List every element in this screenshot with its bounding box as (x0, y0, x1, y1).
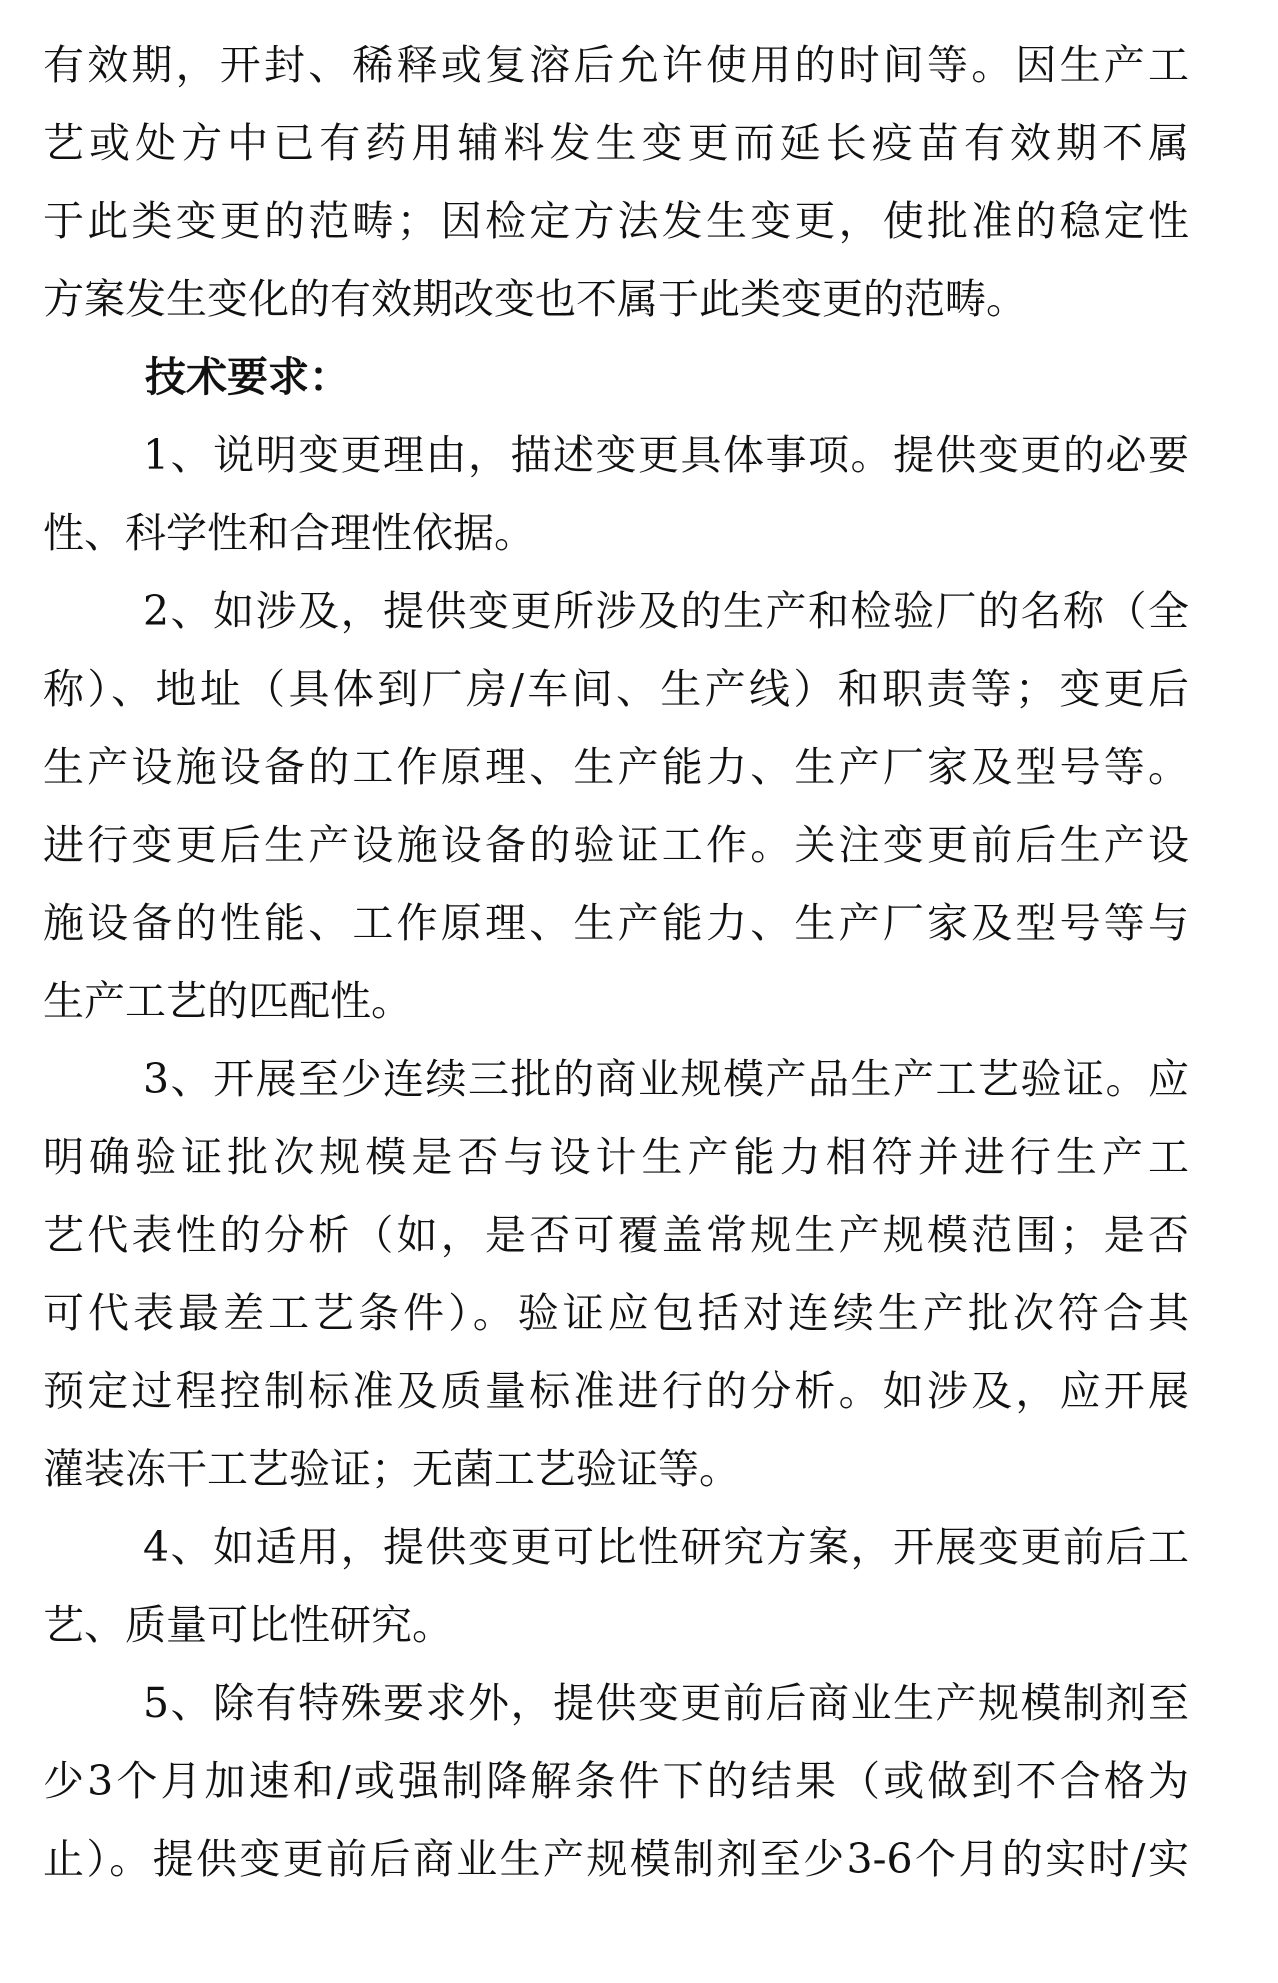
requirement-3-line: 3、开展至少连续三批的商业规模产品生产工艺验证。应 (143, 1040, 1189, 1118)
requirement-3-line: 预定过程控制标准及质量标准进行的分析。如涉及，应开展 (43, 1352, 1189, 1430)
intro-line: 方案发生变化的有效期改变也不属于此类变更的范畴。 (43, 260, 1189, 338)
document-page: 有效期，开封、稀释或复溶后允许使用的时间等。因生产工 艺或处方中已有药用辅料发生… (0, 0, 1278, 1983)
requirement-2-line: 2、如涉及，提供变更所涉及的生产和检验厂的名称（全 (143, 572, 1189, 650)
intro-line: 艺或处方中已有药用辅料发生变更而延长疫苗有效期不属 (43, 104, 1189, 182)
requirement-5-line: 止）。提供变更前后商业生产规模制剂至少3-6个月的实时/实 (43, 1820, 1189, 1898)
requirement-5-line: 5、除有特殊要求外，提供变更前后商业生产规模制剂至 (143, 1664, 1189, 1742)
intro-line: 于此类变更的范畴；因检定方法发生变更，使批准的稳定性 (43, 182, 1189, 260)
requirement-3-line: 灌装冻干工艺验证；无菌工艺验证等。 (43, 1430, 1189, 1508)
requirement-1-line: 性、科学性和合理性依据。 (43, 494, 1189, 572)
requirement-2-line: 进行变更后生产设施设备的验证工作。关注变更前后生产设 (43, 806, 1189, 884)
requirement-4-line: 4、如适用，提供变更可比性研究方案，开展变更前后工 (143, 1508, 1189, 1586)
requirement-3-line: 艺代表性的分析（如，是否可覆盖常规生产规模范围；是否 (43, 1196, 1189, 1274)
requirement-2-line: 称）、地址（具体到厂房/车间、生产线）和职责等；变更后 (43, 650, 1189, 728)
requirement-3-line: 明确验证批次规模是否与设计生产能力相符并进行生产工 (43, 1118, 1189, 1196)
requirement-4-line: 艺、质量可比性研究。 (43, 1586, 1189, 1664)
requirement-2-line: 生产设施设备的工作原理、生产能力、生产厂家及型号等。 (43, 728, 1189, 806)
requirement-2-line: 施设备的性能、工作原理、生产能力、生产厂家及型号等与 (43, 884, 1189, 962)
requirement-1-line: 1、说明变更理由，描述变更具体事项。提供变更的必要 (143, 416, 1189, 494)
requirement-2-line: 生产工艺的匹配性。 (43, 962, 1189, 1040)
section-heading: 技术要求： (145, 338, 350, 416)
requirement-5-line: 少3个月加速和/或强制降解条件下的结果（或做到不合格为 (43, 1742, 1189, 1820)
intro-line: 有效期，开封、稀释或复溶后允许使用的时间等。因生产工 (43, 26, 1189, 104)
requirement-3-line: 可代表最差工艺条件）。验证应包括对连续生产批次符合其 (43, 1274, 1189, 1352)
